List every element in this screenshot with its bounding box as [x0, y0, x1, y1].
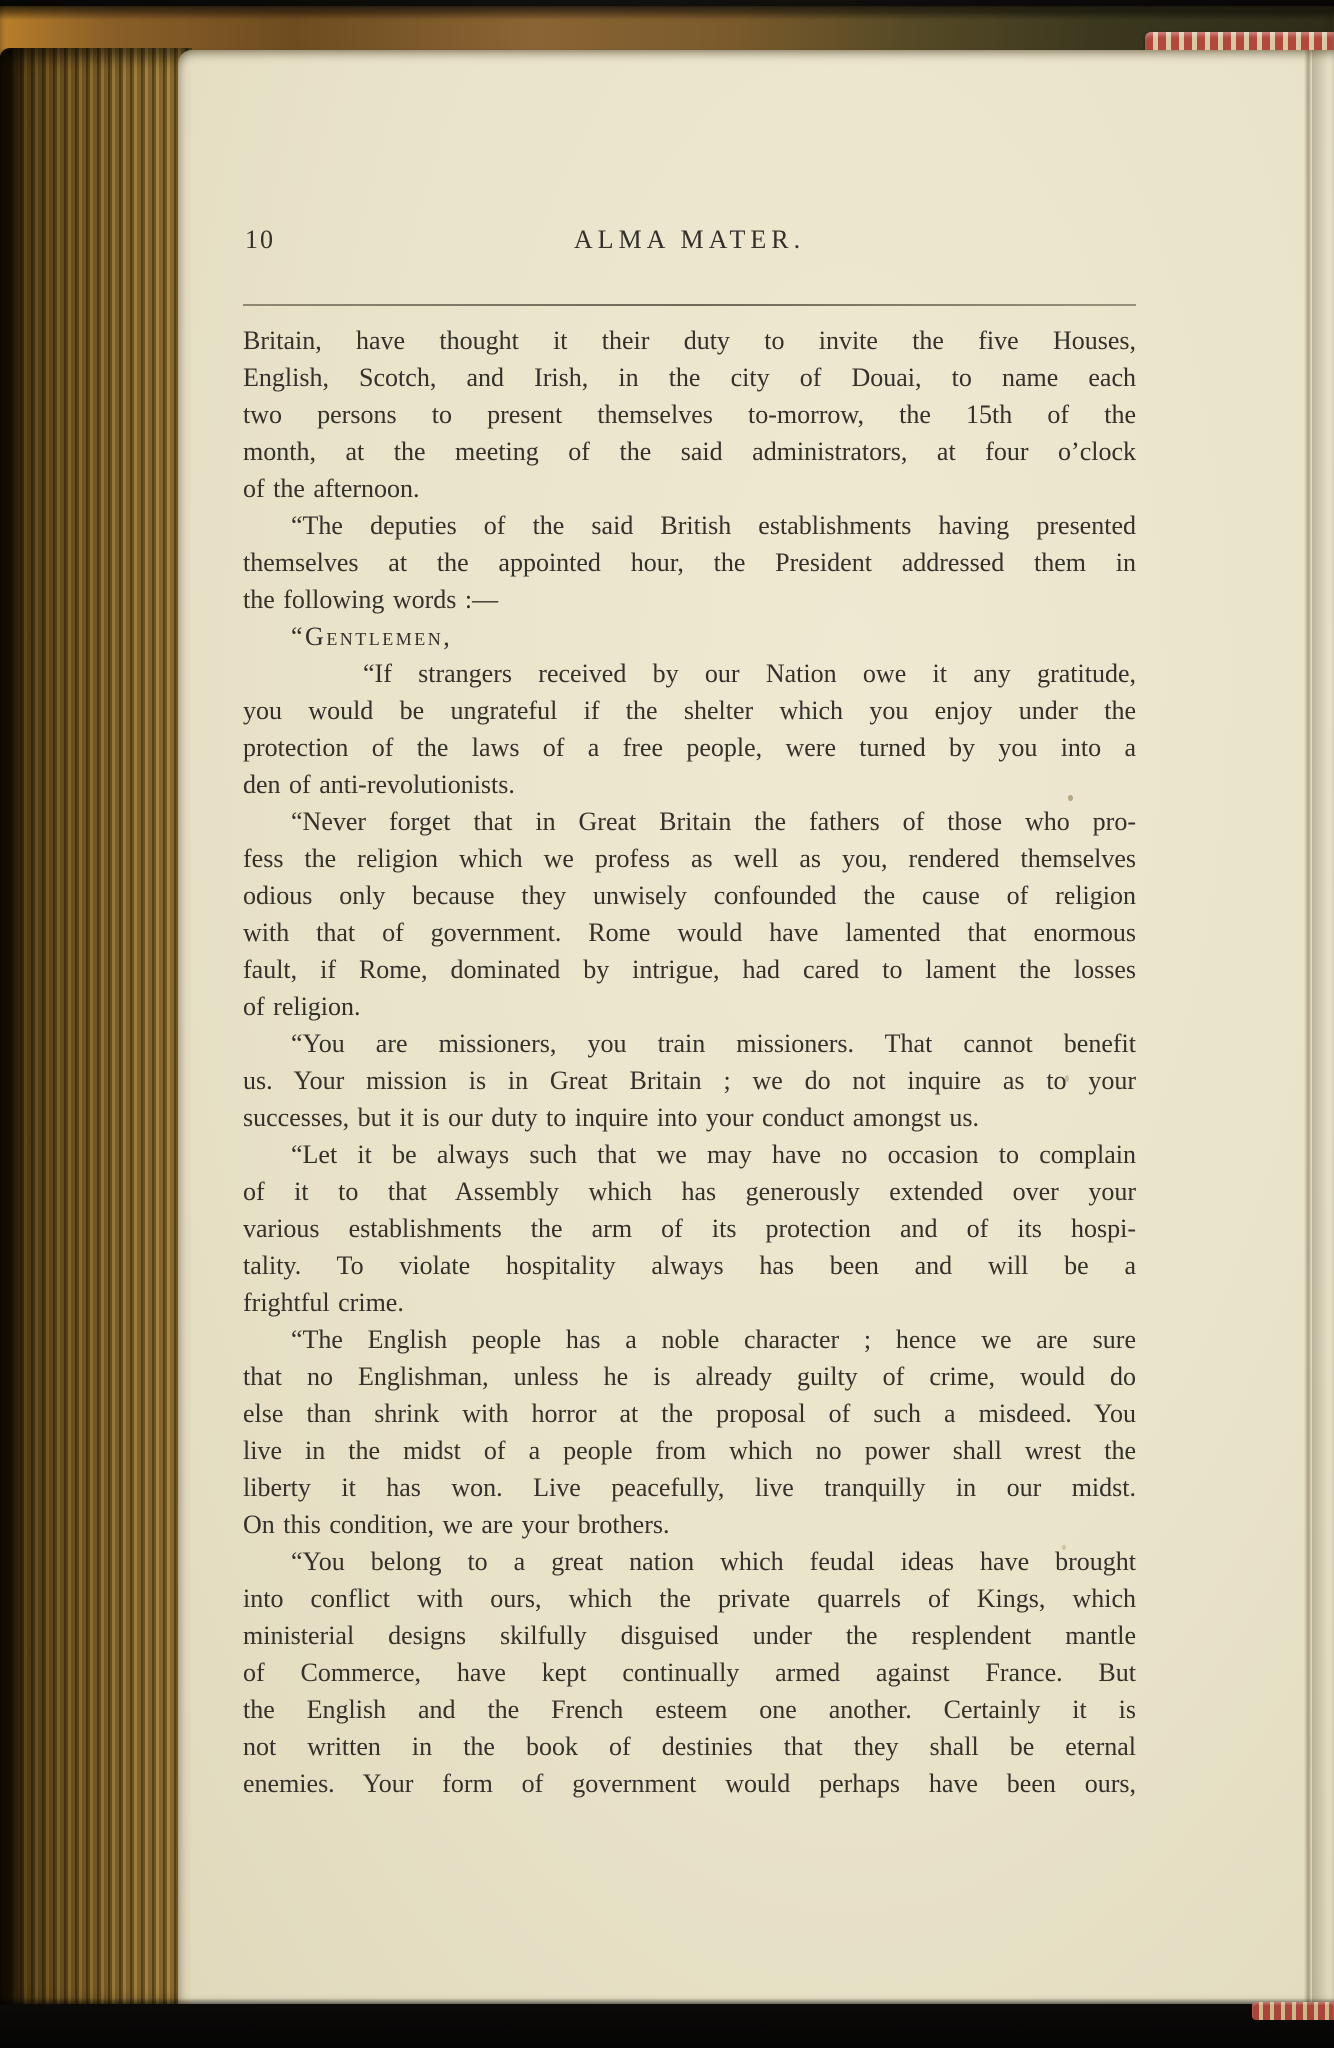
book-tailband: [1252, 2002, 1334, 2020]
running-head: ALMA MATER.: [243, 225, 1136, 255]
text-line: “You are missioners, you train missioner…: [243, 1025, 1136, 1062]
text-line: den of anti-revolutionists.: [243, 766, 1136, 803]
text-line: fess the religion which we profess as we…: [243, 840, 1136, 877]
text-line: else than shrink with horror at the prop…: [243, 1395, 1136, 1432]
text-line: of Commerce, have kept continually armed…: [243, 1654, 1136, 1691]
header-rule: [243, 304, 1136, 306]
text-line: tality. To violate hospitality always ha…: [243, 1247, 1136, 1284]
text-line: various establishments the arm of its pr…: [243, 1210, 1136, 1247]
paragraph: “Let it be always such that we may have …: [243, 1136, 1136, 1321]
paragraph: “You belong to a great nation which feud…: [243, 1543, 1136, 1802]
text-block: Britain, have thought it their duty to i…: [243, 322, 1136, 1802]
paragraph: “Gentlemen,: [243, 618, 1136, 655]
text-line: On this condition, we are your brothers.: [243, 1506, 1136, 1543]
text-line: not written in the book of destinies tha…: [243, 1728, 1136, 1765]
text-line: “The English people has a noble characte…: [243, 1321, 1136, 1358]
text-line: “The deputies of the said British establ…: [243, 507, 1136, 544]
text-line: into conflict with ours, which the priva…: [243, 1580, 1136, 1617]
text-line: of it to that Assembly which has generou…: [243, 1173, 1136, 1210]
text-line: live in the midst of a people from which…: [243, 1432, 1136, 1469]
page-fore-edges: [0, 48, 192, 2014]
text-line: Britain, have thought it their duty to i…: [243, 322, 1136, 359]
text-line: liberty it has won. Live peacefully, liv…: [243, 1469, 1136, 1506]
text-line: of religion.: [243, 988, 1136, 1025]
paragraph: “You are missioners, you train missioner…: [243, 1025, 1136, 1136]
text-line: English, Scotch, and Irish, in the city …: [243, 359, 1136, 396]
paragraph: “If strangers received by our Nation owe…: [243, 655, 1136, 803]
text-line: “If strangers received by our Nation owe…: [243, 655, 1136, 692]
book-page: 10 ALMA MATER. Britain, have thought it …: [178, 50, 1334, 2006]
text-line: that no Englishman, unless he is already…: [243, 1358, 1136, 1395]
text-line: odious only because they unwisely confou…: [243, 877, 1136, 914]
gutter-shadow: [1312, 50, 1334, 2006]
text-line: of the afternoon.: [243, 470, 1136, 507]
paragraph: “The deputies of the said British establ…: [243, 507, 1136, 618]
page-header: 10 ALMA MATER.: [243, 225, 1136, 259]
paragraph: “Never forget that in Great Britain the …: [243, 803, 1136, 1025]
text-line: you would be ungrateful if the shelter w…: [243, 692, 1136, 729]
text-line: “Gentlemen,: [243, 618, 1136, 655]
book-photograph: 10 ALMA MATER. Britain, have thought it …: [0, 0, 1334, 2048]
text-line: ministerial designs skilfully disguised …: [243, 1617, 1136, 1654]
text-line: “Let it be always such that we may have …: [243, 1136, 1136, 1173]
gutter-crease: [1304, 50, 1312, 2006]
text-line: successes, but it is our duty to inquire…: [243, 1099, 1136, 1136]
text-line: the English and the French esteem one an…: [243, 1691, 1136, 1728]
photo-bottom-shadow: [0, 2004, 1334, 2048]
text-line: enemies. Your form of government would p…: [243, 1765, 1136, 1802]
text-line: the following words :—: [243, 581, 1136, 618]
text-line: with that of government. Rome would have…: [243, 914, 1136, 951]
paragraph: “The English people has a noble characte…: [243, 1321, 1136, 1543]
text-line: frightful crime.: [243, 1284, 1136, 1321]
paragraph: Britain, have thought it their duty to i…: [243, 322, 1136, 507]
text-line: two persons to present themselves to-mor…: [243, 396, 1136, 433]
text-line: month, at the meeting of the said admini…: [243, 433, 1136, 470]
text-line: fault, if Rome, dominated by intrigue, h…: [243, 951, 1136, 988]
text-line: “Never forget that in Great Britain the …: [243, 803, 1136, 840]
text-line: themselves at the appointed hour, the Pr…: [243, 544, 1136, 581]
text-line: us. Your mission is in Great Britain ; w…: [243, 1062, 1136, 1099]
text-line: protection of the laws of a free people,…: [243, 729, 1136, 766]
text-line: “You belong to a great nation which feud…: [243, 1543, 1136, 1580]
